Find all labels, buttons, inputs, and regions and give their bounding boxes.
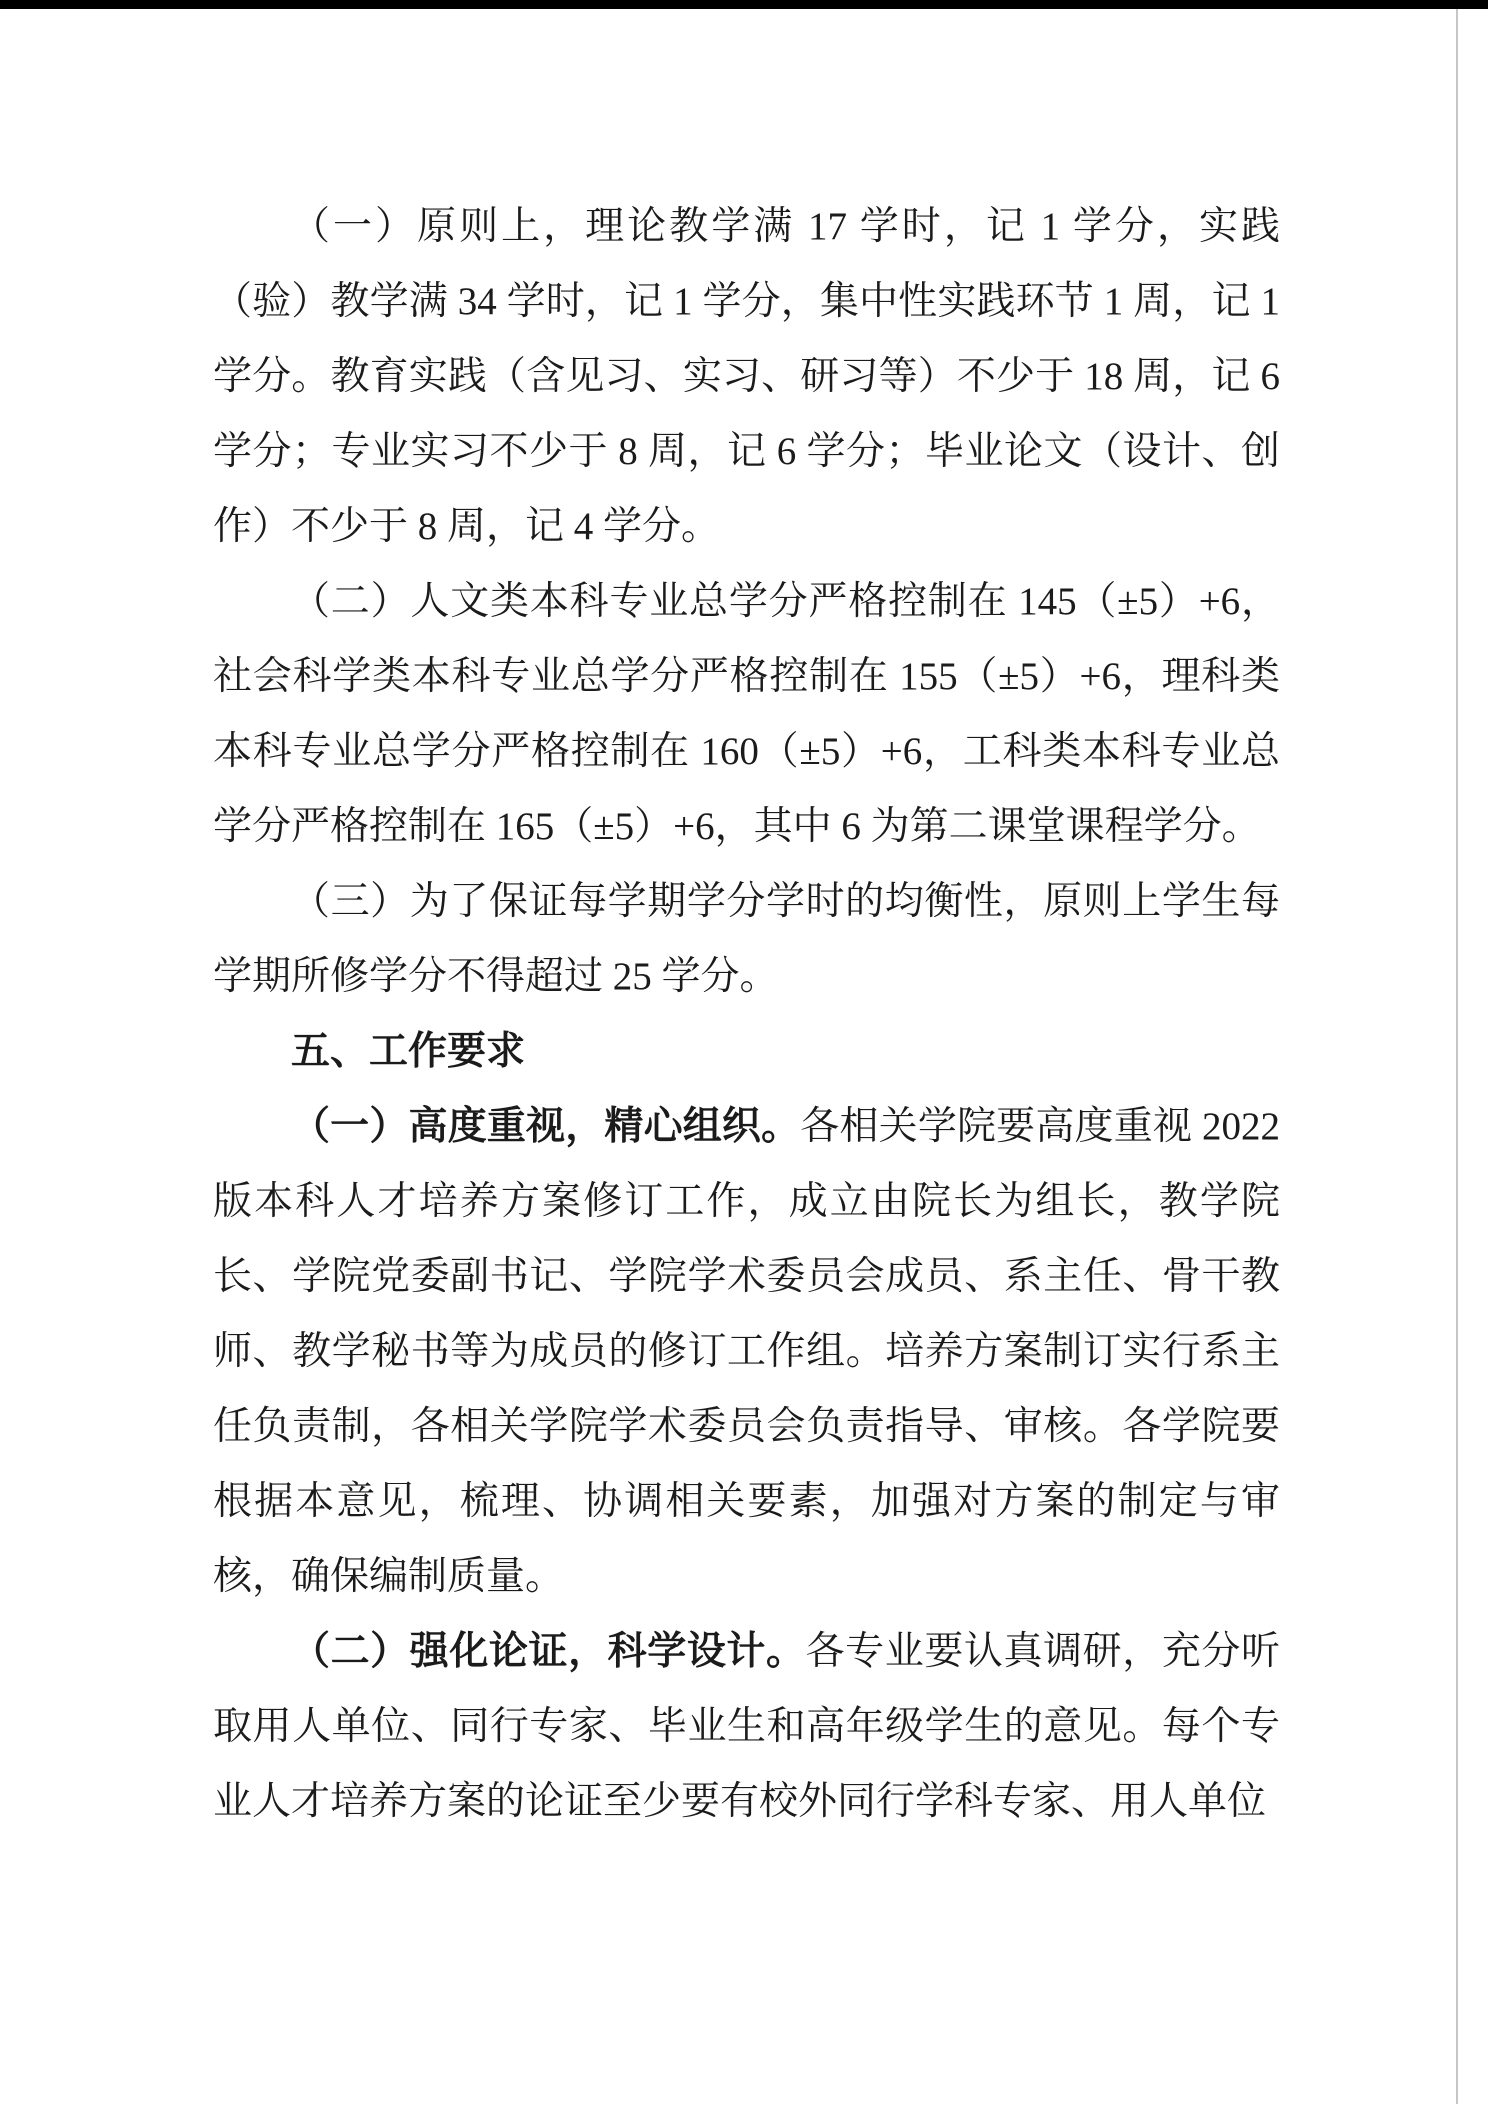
- paragraph-work-requirement-1: （一）高度重视，精心组织。各相关学院要高度重视 2022 版本科人才培养方案修订…: [213, 1089, 1280, 1614]
- paragraph-work-requirement-1-body: 各相关学院要高度重视 2022 版本科人才培养方案修订工作，成立由院长为组长，教…: [213, 1105, 1280, 1598]
- scan-top-edge-bar: [0, 0, 1488, 9]
- paragraph-work-requirement-2-lead: （二）强化论证，科学设计。: [291, 1630, 806, 1673]
- paragraph-work-requirement-2: （二）强化论证，科学设计。各专业要认真调研，充分听取用人单位、同行专家、毕业生和…: [213, 1614, 1280, 1839]
- paragraph-work-requirement-1-lead: （一）高度重视，精心组织。: [291, 1105, 800, 1148]
- document-body: （一）原则上，理论教学满 17 学时，记 1 学分，实践（验）教学满 34 学时…: [213, 189, 1280, 1839]
- page-right-edge-line: [1456, 9, 1458, 2104]
- paragraph-credit-rule-3: （三）为了保证每学期学分学时的均衡性，原则上学生每学期所修学分不得超过 25 学…: [213, 864, 1280, 1014]
- paragraph-credit-rule-2: （二）人文类本科专业总学分严格控制在 145（±5）+6，社会科学类本科专业总学…: [213, 564, 1280, 864]
- section-heading-work-requirements: 五、工作要求: [213, 1014, 1280, 1089]
- paragraph-credit-rule-1: （一）原则上，理论教学满 17 学时，记 1 学分，实践（验）教学满 34 学时…: [213, 189, 1280, 564]
